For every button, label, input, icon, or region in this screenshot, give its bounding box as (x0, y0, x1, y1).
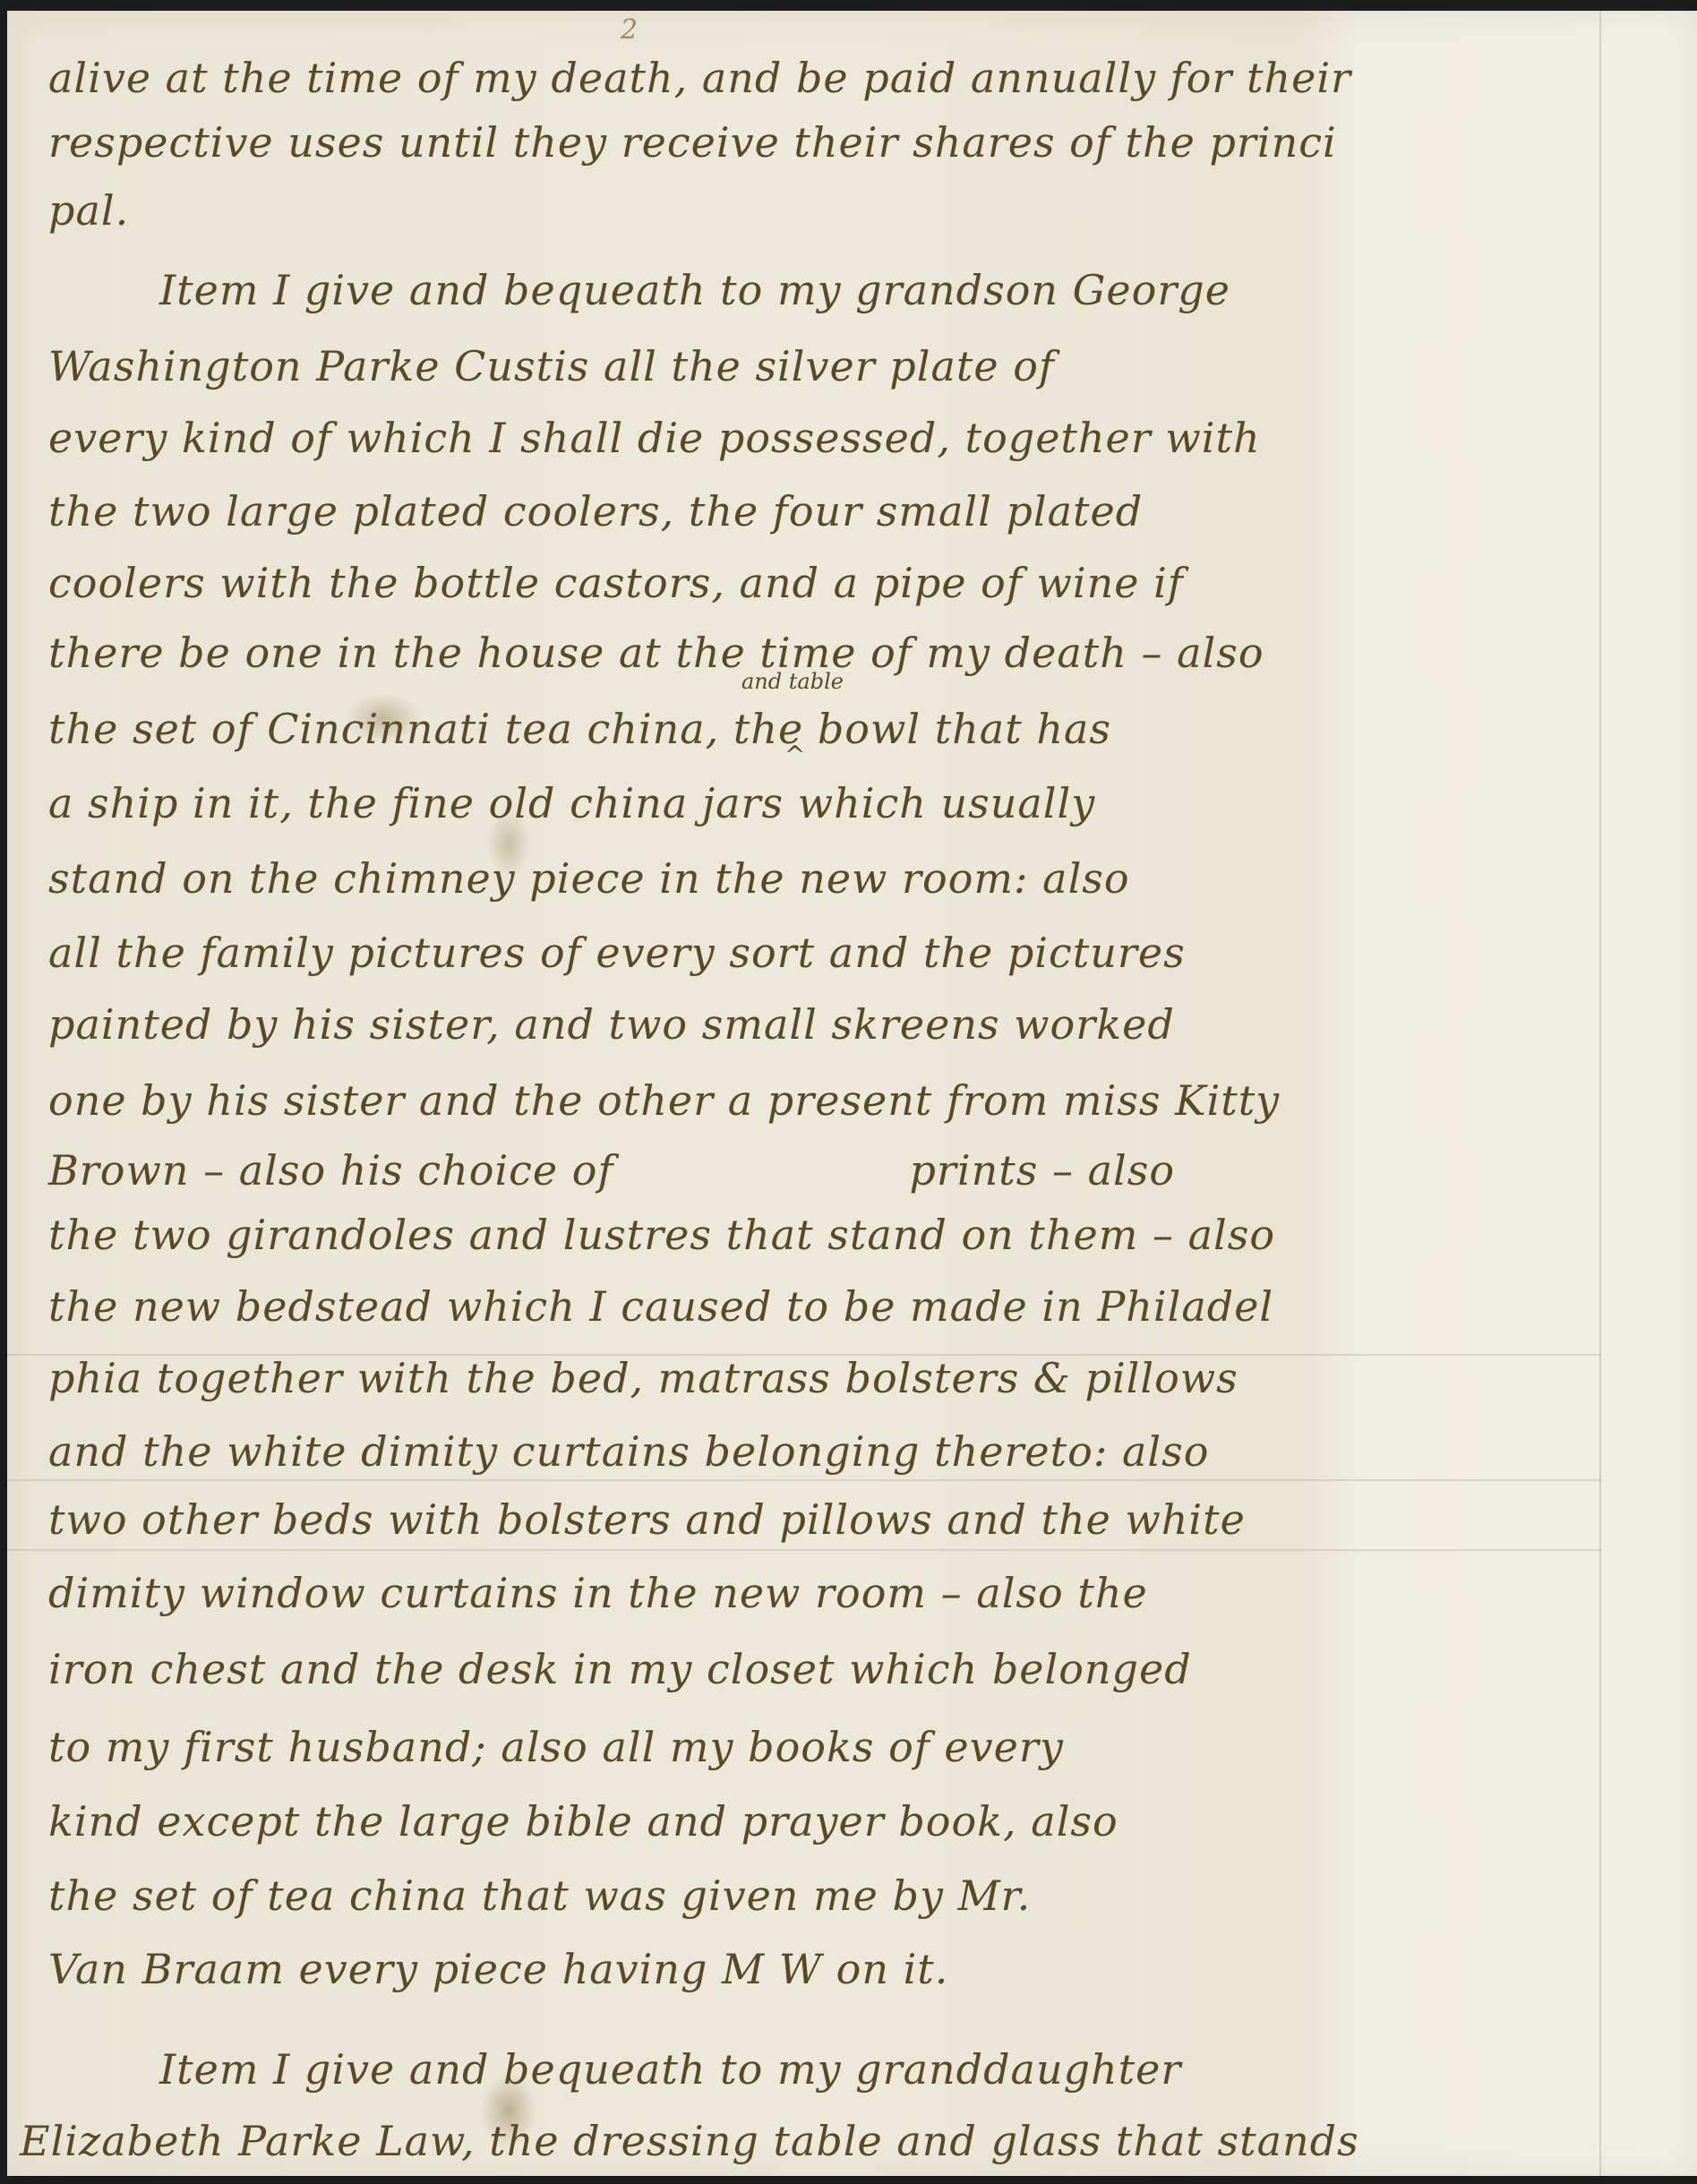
manuscript-line: pal. (48, 186, 129, 235)
manuscript-line: the set of tea china that was given me b… (48, 1871, 1031, 1920)
manuscript-line: Washington Parke Custis all the silver p… (48, 342, 1055, 390)
manuscript-line: all the family pictures of every sort an… (48, 929, 1186, 977)
paper-crease (7, 1479, 1601, 1481)
manuscript-line: Brown – also his choice ofprints – also (48, 1146, 1175, 1195)
manuscript-line: phia together with the bed, matrass bols… (48, 1354, 1238, 1402)
line-text: Brown – also his choice of (48, 1146, 613, 1195)
manuscript-line: the new bedstead which I caused to be ma… (48, 1282, 1273, 1331)
line-text: prints – also (909, 1146, 1175, 1195)
manuscript-line: one by his sister and the other a presen… (48, 1076, 1280, 1125)
manuscript-line: the two large plated coolers, the four s… (48, 487, 1143, 535)
manuscript-line: to my first husband; also all my books o… (48, 1723, 1064, 1771)
manuscript-line: Van Braam every piece having M W on it. (48, 1945, 948, 1993)
manuscript-line: every kind of which I shall die possesse… (48, 414, 1261, 462)
manuscript-line: Item I give and bequeath to my grandson … (159, 266, 1230, 314)
manuscript-line: coolers with the bottle castors, and a p… (48, 559, 1184, 607)
manuscript-line: Elizabeth Parke Law, the dressing table … (20, 2117, 1359, 2165)
manuscript-line: Item I give and bequeath to my granddaug… (159, 2045, 1181, 2094)
insertion-caret: ^ (784, 741, 805, 770)
manuscript-line: two other beds with bolsters and pillows… (48, 1495, 1246, 1544)
manuscript-line: the two girandoles and lustres that stan… (48, 1211, 1275, 1259)
manuscript-line: the set of Cincinnati tea china, the bow… (48, 705, 1111, 753)
paper-crease (7, 1549, 1601, 1551)
interlinear-insertion: and table (741, 669, 844, 694)
page-number: 2 (621, 14, 638, 46)
manuscript-line: dimity window curtains in the new room –… (48, 1569, 1148, 1617)
manuscript-line: respective uses until they receive their… (48, 118, 1337, 167)
manuscript-line: painted by his sister, and two small skr… (48, 1000, 1175, 1049)
manuscript-line: kind except the large bible and prayer b… (48, 1797, 1118, 1846)
manuscript-line: a ship in it, the fine old china jars wh… (48, 779, 1095, 827)
manuscript-line: alive at the time of my death, and be pa… (48, 54, 1351, 102)
manuscript-line: there be one in the house at the time of… (48, 629, 1264, 677)
manuscript-line: stand on the chimney piece in the new ro… (48, 854, 1130, 903)
manuscript-line: iron chest and the desk in my closet whi… (48, 1645, 1192, 1693)
fold-line (1599, 11, 1601, 2176)
manuscript-line: and the white dimity curtains belonging … (48, 1427, 1209, 1476)
manuscript-page: 2 alive at the time of my death, and be … (7, 11, 1697, 2176)
